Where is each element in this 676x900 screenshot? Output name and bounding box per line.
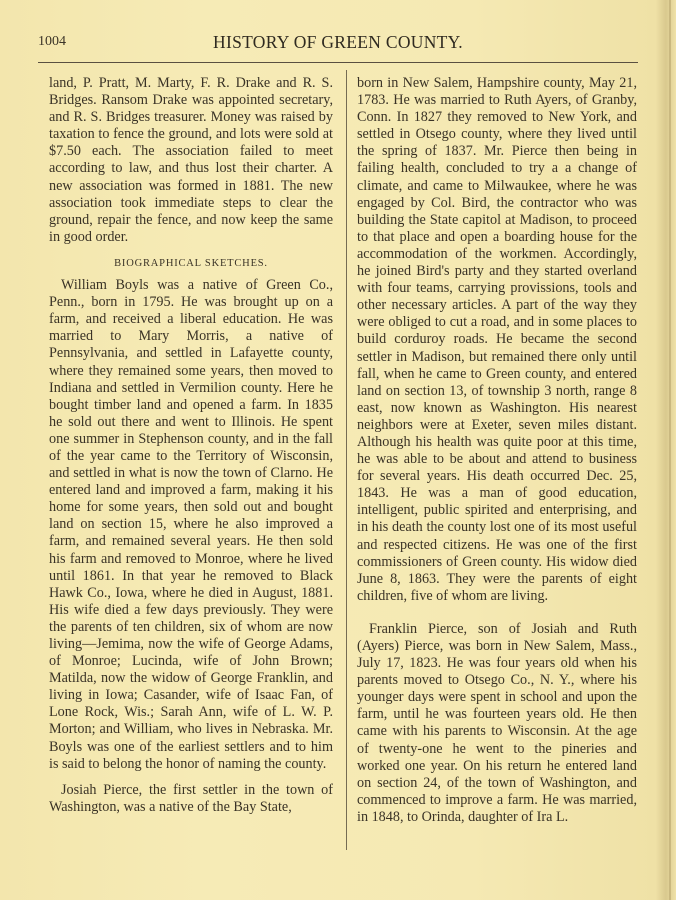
left-column: land, P. Pratt, M. Marty, F. R. Drake an… (49, 75, 333, 816)
page-edge (669, 0, 671, 900)
running-title: HISTORY OF GREEN COUNTY. (38, 32, 638, 53)
right-column: born in New Salem, Hampshire county, May… (357, 75, 637, 826)
paragraph-josiah-pierce-cont: born in New Salem, Hampshire county, May… (357, 75, 637, 605)
page-header: 1004 HISTORY OF GREEN COUNTY. (38, 30, 638, 52)
paragraph-cemetery-association: land, P. Pratt, M. Marty, F. R. Drake an… (49, 75, 333, 246)
column-divider (346, 70, 347, 850)
paragraph-josiah-pierce-start: Josiah Pierce, the first settler in the … (49, 782, 333, 816)
header-rule (38, 62, 638, 63)
paragraph-franklin-pierce: Franklin Pierce, son of Josiah and Ruth … (357, 621, 637, 826)
book-page: 1004 HISTORY OF GREEN COUNTY. land, P. P… (0, 0, 676, 900)
section-heading: BIOGRAPHICAL SKETCHES. (49, 255, 333, 272)
paragraph-william-boyls: William Boyls was a native of Green Co.,… (49, 277, 333, 773)
